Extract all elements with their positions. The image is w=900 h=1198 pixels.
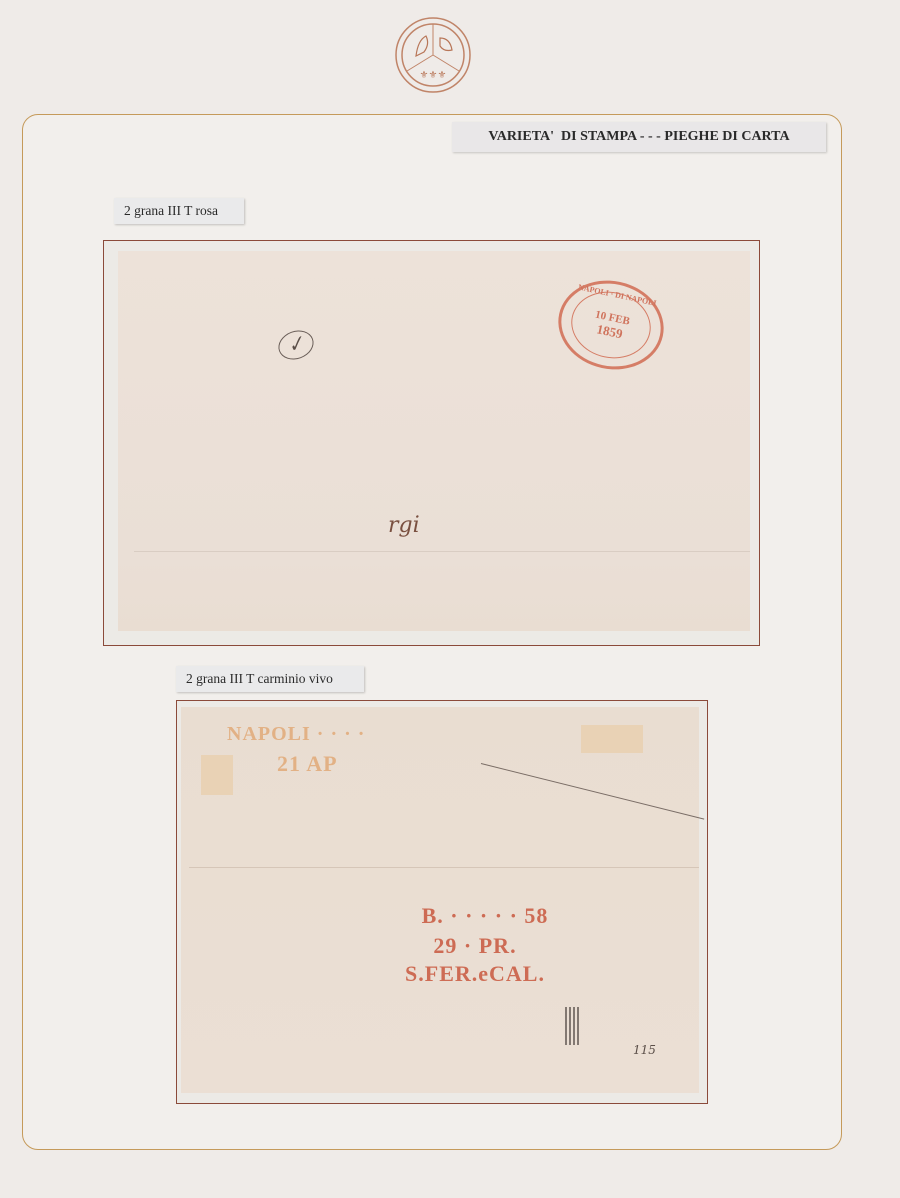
page-title: VARIETA' DI STAMPA - - - PIEGHE DI CARTA [452, 122, 826, 152]
cover-mount-2: NAPOLI · · · · 21 AP B. · · · · · 58 29 … [176, 700, 708, 1104]
oval-postmark: NAPOLI · DI NAPOLI 10 FEB 1859 [550, 271, 672, 379]
pencil-mark: ✓ [274, 326, 317, 365]
stain [581, 725, 643, 753]
pencil-note: 115 [633, 1043, 656, 1057]
postmark-line1: B. · · · · · 58 [365, 903, 605, 929]
folded-letter-2: NAPOLI · · · · 21 AP B. · · · · · 58 29 … [181, 707, 699, 1093]
paper-fold [189, 867, 699, 868]
folded-letter-1: ✓ rgi NAPOLI · DI NAPOLI 10 FEB 1859 [118, 251, 750, 631]
ink-smudge [565, 1007, 579, 1045]
heraldic-crest-icon: ⚜⚜⚜ [394, 16, 472, 94]
docket-note: rgi [388, 513, 420, 538]
cover-caption-2: 2 grana III T carminio vivo [176, 666, 364, 692]
paper-fold [134, 551, 750, 552]
faded-postmark-line2: 21 AP [277, 751, 338, 777]
faded-postmark-line1: NAPOLI · · · · [227, 723, 365, 746]
stain [201, 755, 233, 795]
postmark-line3: S.FER.eCAL. [365, 961, 585, 987]
cover-caption-1: 2 grana III T rosa [114, 198, 244, 224]
postmark-line2: 29 · PR. [365, 933, 585, 959]
svg-text:⚜⚜⚜: ⚜⚜⚜ [420, 70, 447, 81]
paper-crease [481, 763, 704, 820]
cover-mount-1: ✓ rgi NAPOLI · DI NAPOLI 10 FEB 1859 [103, 240, 760, 646]
